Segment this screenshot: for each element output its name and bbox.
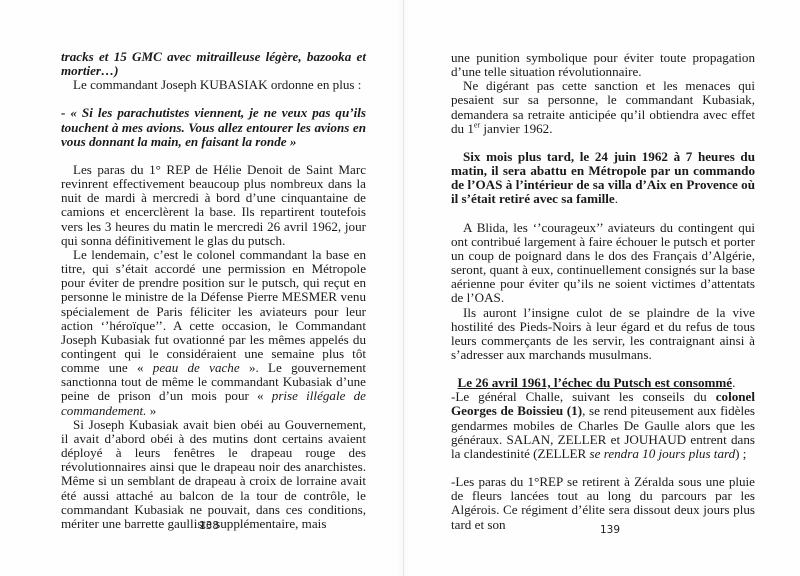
paragraph-paras-rep: Les paras du 1° REP de Hélie Denoit de S… (61, 163, 366, 248)
left-page-text: tracks et 15 GMC avec mitrailleuse légèr… (61, 50, 366, 531)
paragraph-lendemain: Le lendemain, c’est le colonel commandan… (61, 248, 366, 418)
paragraph-punition: une punition symbolique pour éviter tout… (451, 51, 755, 79)
paragraph-assassinat: Six mois plus tard, le 24 juin 1962 à 7 … (451, 150, 755, 207)
paragraph-retraite: Ne digérant pas cette sanction et les me… (451, 79, 755, 136)
book-spread: tracks et 15 GMC avec mitrailleuse légèr… (0, 0, 800, 576)
paragraph-pieds-noirs: Ils auront l’insigne culot de se plaindr… (451, 306, 755, 363)
paragraph-kubasiak-orders: Le commandant Joseph KUBASIAK ordonne en… (61, 78, 366, 92)
paragraph-obei-gouvernement: Si Joseph Kubasiak avait bien obéi au Go… (61, 418, 366, 531)
paragraph-weapons-list: tracks et 15 GMC avec mitrailleuse légèr… (61, 50, 366, 78)
paragraph-challe: -Le général Challe, suivant les conseils… (451, 390, 755, 461)
right-page: une punition symbolique pour éviter tout… (404, 0, 800, 576)
left-page: tracks et 15 GMC avec mitrailleuse légèr… (0, 0, 403, 576)
quote-kubasiak: - « Si les parachutistes viennent, je ne… (61, 106, 366, 148)
page-number-right: 139 (600, 524, 620, 536)
page-number-left: 138 (199, 520, 219, 532)
section-heading: Le 26 avril 1961, l’échec du Putsch est … (451, 376, 755, 390)
right-page-text: une punition symbolique pour éviter tout… (451, 51, 755, 532)
paragraph-blida: A Blida, les ‘’courageux’’ aviateurs du … (451, 221, 755, 306)
